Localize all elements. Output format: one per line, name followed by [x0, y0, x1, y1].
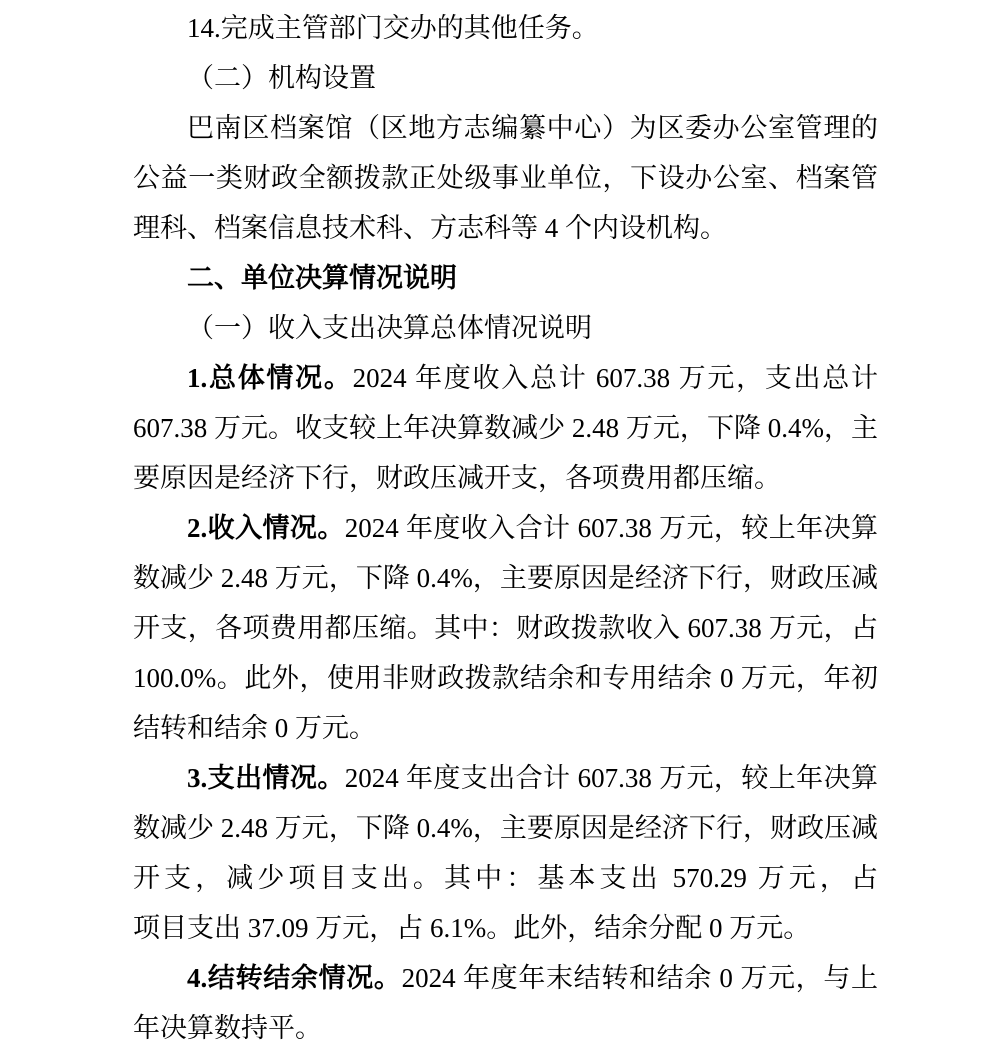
carryover-line-1-text: 2024 年度年末结转和结余 0 万元，与上	[402, 963, 878, 993]
expense-lead: 3.支出情况。	[187, 763, 345, 793]
document-body: 14.完成主管部门交办的其他任务。 （二）机构设置 巴南区档案馆（区地方志编纂中…	[133, 3, 878, 1053]
income-lead: 2.收入情况。	[187, 513, 345, 543]
income-line-1-text: 2024 年度收入合计 607.38 万元，较上年决算	[345, 513, 878, 543]
heading-subsection-1: （一）收入支出决算总体情况说明	[133, 303, 878, 353]
general-line-1: 1.总体情况。2024 年度收入总计 607.38 万元，支出总计	[133, 353, 878, 403]
income-line-4: 100.0%。此外，使用非财政拨款结余和专用结余 0 万元，年初	[133, 653, 878, 703]
expense-line-1-text: 2024 年度支出合计 607.38 万元，较上年决算	[345, 763, 878, 793]
carryover-lead: 4.结转结余情况。	[187, 963, 402, 993]
carryover-line-1: 4.结转结余情况。2024 年度年末结转和结余 0 万元，与上	[133, 953, 878, 1003]
heading-section-2: 二、单位决算情况说明	[133, 253, 878, 303]
general-line-1-text: 2024 年度收入总计 607.38 万元，支出总计	[353, 363, 878, 393]
income-line-3: 开支，各项费用都压缩。其中：财政拨款收入 607.38 万元，占	[133, 603, 878, 653]
org-setup-line-2: 公益一类财政全额拨款正处级事业单位，下设办公室、档案管	[133, 153, 878, 203]
carryover-line-2: 年决算数持平。	[133, 1003, 878, 1053]
line-task-14: 14.完成主管部门交办的其他任务。	[133, 3, 878, 53]
income-line-5: 结转和结余 0 万元。	[133, 703, 878, 753]
income-line-1: 2.收入情况。2024 年度收入合计 607.38 万元，较上年决算	[133, 503, 878, 553]
general-line-3: 要原因是经济下行，财政压减开支，各项费用都压缩。	[133, 453, 878, 503]
expense-line-3: 开支，减少项目支出。其中：基本支出 570.29 万元，占 93.9%；	[133, 853, 878, 903]
expense-line-4: 项目支出 37.09 万元，占 6.1%。此外，结余分配 0 万元。	[133, 903, 878, 953]
general-line-2: 607.38 万元。收支较上年决算数减少 2.48 万元，下降 0.4%，主	[133, 403, 878, 453]
expense-line-2: 数减少 2.48 万元，下降 0.4%，主要原因是经济下行，财政压减	[133, 803, 878, 853]
general-lead: 1.总体情况。	[187, 363, 353, 393]
document-page: 14.完成主管部门交办的其他任务。 （二）机构设置 巴南区档案馆（区地方志编纂中…	[0, 0, 1000, 1059]
org-setup-line-1: 巴南区档案馆（区地方志编纂中心）为区委办公室管理的	[133, 103, 878, 153]
expense-line-1: 3.支出情况。2024 年度支出合计 607.38 万元，较上年决算	[133, 753, 878, 803]
income-line-2: 数减少 2.48 万元，下降 0.4%，主要原因是经济下行，财政压减	[133, 553, 878, 603]
org-setup-line-3: 理科、档案信息技术科、方志科等 4 个内设机构。	[133, 203, 878, 253]
heading-org-setup: （二）机构设置	[133, 53, 878, 103]
